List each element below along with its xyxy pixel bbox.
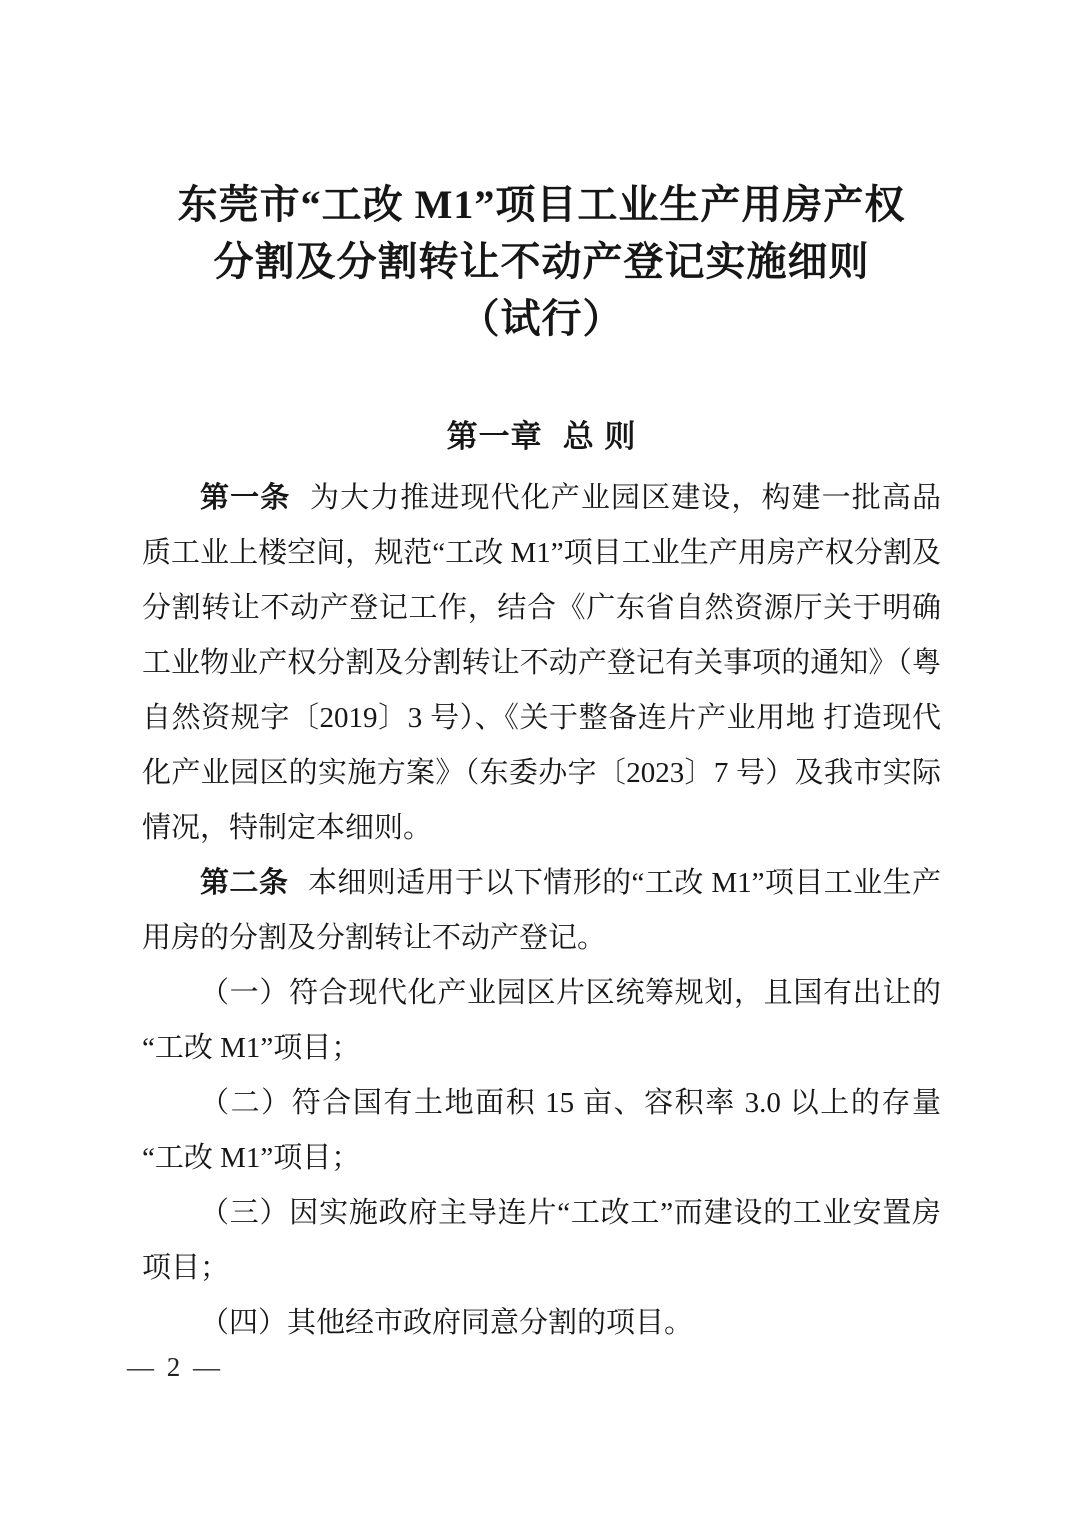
paragraph-item-1: （一）符合现代化产业园区片区统筹规划，且国有出让的“工改 M1”项目； (142, 966, 941, 1076)
paragraph-article-1: 第一条为大力推进现代化产业园区建设，构建一批高品质工业上楼空间，规范“工改 M1… (142, 471, 941, 856)
page-content: 东莞市“工改 M1”项目工业生产用房产权 分割及分割转让不动产登记实施细则 （试… (0, 0, 1071, 1351)
paragraph-item-3: （三）因实施政府主导连片“工改工”而建设的工业安置房项目； (142, 1186, 941, 1296)
article-1-text: 为大力推进现代化产业园区建设，构建一批高品质工业上楼空间，规范“工改 M1”项目… (142, 482, 941, 844)
title-line-2: 分割及分割转让不动产登记实施细则 (142, 233, 941, 290)
page-number: — 2 — (127, 1352, 223, 1383)
chapter-title: 总 则 (563, 419, 637, 454)
paragraph-item-2: （二）符合国有土地面积 15 亩、容积率 3.0 以上的存量“工改 M1”项目； (142, 1076, 941, 1186)
title-line-1: 东莞市“工改 M1”项目工业生产用房产权 (142, 176, 941, 233)
article-1-number: 第一条 (200, 482, 290, 514)
paragraph-item-4: （四）其他经市政府同意分割的项目。 (142, 1296, 941, 1351)
item-3-text: （三）因实施政府主导连片“工改工”而建设的工业安置房项目； (142, 1197, 941, 1284)
paragraph-article-2: 第二条本细则适用于以下情形的“工改 M1”项目工业生产用房的分割及分割转让不动产… (142, 856, 941, 966)
chapter-heading: 第一章总 则 (142, 417, 941, 457)
document-page: 东莞市“工改 M1”项目工业生产用房产权 分割及分割转让不动产登记实施细则 （试… (0, 0, 1071, 1515)
article-2-number: 第二条 (200, 867, 288, 899)
document-body: 第一条为大力推进现代化产业园区建设，构建一批高品质工业上楼空间，规范“工改 M1… (142, 471, 941, 1351)
item-2-text: （二）符合国有土地面积 15 亩、容积率 3.0 以上的存量“工改 M1”项目； (142, 1087, 941, 1174)
item-1-text: （一）符合现代化产业园区片区统筹规划，且国有出让的“工改 M1”项目； (142, 977, 941, 1064)
title-line-3: （试行） (142, 290, 941, 347)
item-4-text: （四）其他经市政府同意分割的项目。 (200, 1307, 693, 1339)
chapter-number: 第一章 (447, 419, 543, 454)
document-title: 东莞市“工改 M1”项目工业生产用房产权 分割及分割转让不动产登记实施细则 （试… (142, 176, 941, 347)
